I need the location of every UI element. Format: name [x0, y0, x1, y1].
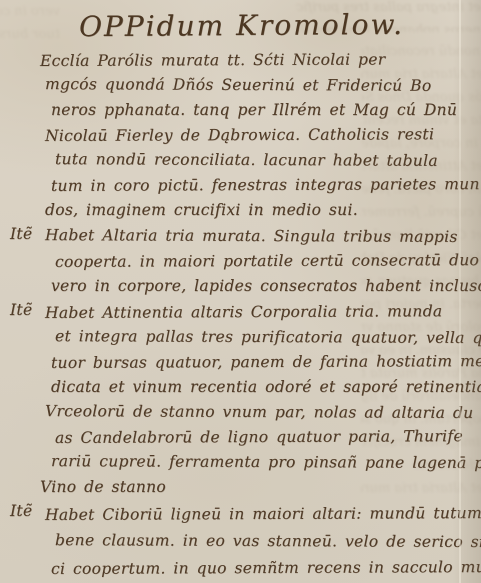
- paragraph-attinentia: Itẽ Habet Attinentia altaris Corporalia …: [0, 300, 471, 500]
- manuscript-line: as Candelabrorū de ligno quatuor paria, …: [55, 424, 471, 451]
- manuscript-line: Habet Altaria tria murata. Singula tribu…: [45, 223, 471, 250]
- manuscript-line: tum in coro pictū. fenestras integras pa…: [51, 172, 471, 199]
- manuscript-line: Vrceolorū de stanno vnum par, nolas ad a…: [45, 399, 471, 426]
- manuscript-body: Ecclía Parólis murata tt. Sćti Nicolai p…: [0, 48, 471, 582]
- paragraph-ciborium: Itẽ Habet Ciboriū ligneū in maiori altar…: [0, 501, 471, 582]
- manuscript-line: cooperta. in maiori portatile certū cons…: [55, 248, 471, 275]
- manuscript-line: et integra pallas tres purificatoria qua…: [55, 324, 471, 351]
- item-marker: Itẽ: [10, 301, 32, 319]
- manuscript-line: bene clausum. in eo vas stanneū. velo de…: [55, 527, 471, 556]
- manuscript-line: rariū cupreū. ferramenta pro pinsañ pane…: [51, 449, 471, 476]
- manuscript-line: ci coopertum. in quo semñtm recens in sa…: [51, 554, 471, 583]
- manuscript-line: mgcós quondá Dñós Seuerinú et Fridericú …: [45, 72, 471, 99]
- paragraph-church: Ecclía Parólis murata tt. Sćti Nicolai p…: [0, 48, 471, 223]
- item-marker: Itẽ: [10, 502, 32, 520]
- manuscript-line: Vino de stanno: [40, 475, 471, 500]
- manuscript-line: tuta nondū reconciliata. lacunar habet t…: [55, 147, 471, 174]
- manuscript-page: et integra pallas tres purificatoria qua…: [0, 0, 481, 583]
- item-marker: Itẽ: [10, 225, 32, 243]
- manuscript-line: vero in corpore, lapides consecratos hab…: [51, 274, 471, 299]
- manuscript-line: Nicolaū Fierley de Dąbrowica. Catholicis…: [45, 122, 471, 149]
- page-title: OPPidum Kromolow.: [6, 4, 477, 47]
- manuscript-line: Ecclía Parólis murata tt. Sćti Nicolai p…: [40, 47, 471, 74]
- paragraph-altaria: Itẽ Habet Altaria tria murata. Singula t…: [0, 224, 471, 299]
- manuscript-line: dos, imaginem crucifixi in medio sui.: [45, 198, 471, 223]
- manuscript-line: dicata et vinum recentia odoré et saporé…: [51, 375, 471, 400]
- manuscript-line: Habet Ciboriū ligneū in maiori altari: m…: [45, 500, 471, 529]
- manuscript-line: neros pphanata. tanq per Illrém et Mag c…: [51, 98, 471, 123]
- manuscript-line: Habet Attinentia altaris Corporalia tria…: [45, 299, 471, 326]
- manuscript-line: tuor bursas quatuor, panem de farina hos…: [51, 349, 471, 376]
